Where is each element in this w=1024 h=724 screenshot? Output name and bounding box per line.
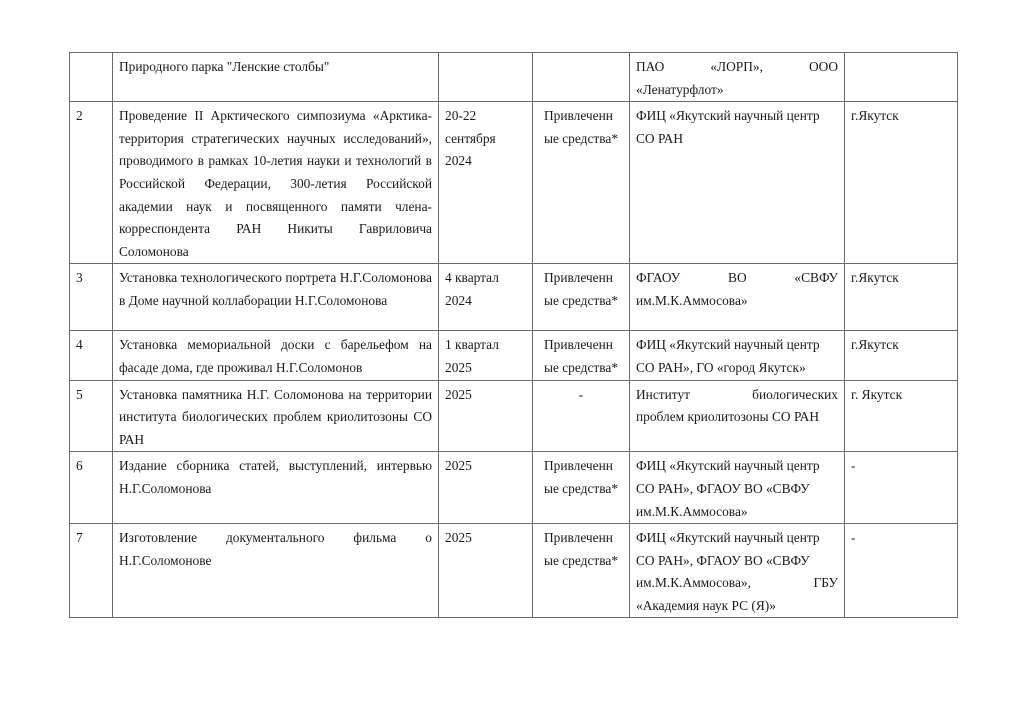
dates-line: 2025 (445, 357, 526, 380)
responsible-organizations: ФИЦ «Якутский научный центрСО РАН», ФГАО… (636, 455, 838, 523)
table-row: 3 Установка технологического портрета Н.… (70, 264, 958, 331)
event-dates: 2025 (445, 384, 526, 407)
funding-line: Привлеченн (544, 527, 618, 550)
place-cell: - (845, 452, 958, 524)
dates-line: 4 квартал (445, 267, 526, 290)
dates-line: 20-22 (445, 105, 526, 128)
row-number-cell (70, 53, 113, 102)
dates-cell: 2025 (439, 524, 533, 618)
table-row: 5 Установка памятника Н.Г. Соломонова на… (70, 380, 958, 452)
organizations-line: ФГАОУ ВО «СВФУ (636, 267, 838, 290)
organizations-cell: ФИЦ «Якутский научный центрСО РАН», ФГАО… (630, 524, 845, 618)
table-row: 4 Установка мемориальной доски с барелье… (70, 331, 958, 380)
funding-cell: Привлеченные средства* (533, 524, 630, 618)
organizations-cell: ФИЦ «Якутский научный центрСО РАН», ФГАО… (630, 452, 845, 524)
organizations-line: ФИЦ «Якутский научный центр (636, 334, 838, 357)
place-cell (845, 53, 958, 102)
description-cell: Природного парка "Ленские столбы" (113, 53, 439, 102)
description-cell: Установка технологического портрета Н.Г.… (113, 264, 439, 331)
dates-cell: 4 квартал2024 (439, 264, 533, 331)
event-description: Издание сборника статей, выступлений, ин… (119, 458, 432, 496)
place-cell: г. Якутск (845, 380, 958, 452)
organizations-line: СО РАН (636, 128, 838, 151)
row-number: 3 (76, 270, 83, 285)
funding-line: ые средства* (544, 290, 618, 313)
dates-cell: 1 квартал2025 (439, 331, 533, 380)
organizations-line: проблем криолитозоны СО РАН (636, 406, 838, 429)
organizations-cell: ФИЦ «Якутский научный центрСО РАН (630, 102, 845, 264)
organizations-cell: ФГАОУ ВО «СВФУим.М.К.Аммосова» (630, 264, 845, 331)
dates-line: 2025 (445, 455, 526, 478)
row-number-cell: 3 (70, 264, 113, 331)
organizations-line: ПАО «ЛОРП», ООО (636, 56, 838, 79)
organizations-line: ФИЦ «Якутский научный центр (636, 455, 838, 478)
funding-cell: Привлеченные средства* (533, 264, 630, 331)
dates-line: 1 квартал (445, 334, 526, 357)
organizations-line: СО РАН», ГО «город Якутск» (636, 357, 838, 380)
dates-line: 2024 (445, 290, 526, 313)
row-number-cell: 4 (70, 331, 113, 380)
event-place: г.Якутск (851, 270, 899, 285)
event-place: г.Якутск (851, 108, 899, 123)
event-description: Природного парка "Ленские столбы" (119, 59, 329, 74)
organizations-line: ФИЦ «Якутский научный центр (636, 105, 838, 128)
row-number: 7 (76, 530, 83, 545)
funding-line: ые средства* (544, 357, 618, 380)
description-cell: Установка мемориальной доски с барельефо… (113, 331, 439, 380)
funding-line: - (579, 384, 583, 407)
event-description: Проведение II Арктического симпозиума «А… (119, 108, 432, 259)
funding-line: Привлеченн (544, 334, 618, 357)
funding-cell: Привлеченные средства* (533, 452, 630, 524)
dates-line: сентября (445, 128, 526, 151)
event-dates: 2025 (445, 455, 526, 478)
dates-line: 2025 (445, 384, 526, 407)
events-table-body: Природного парка "Ленские столбы" ПАО «Л… (70, 53, 958, 618)
organizations-line: «Ленатурфлот» (636, 79, 838, 102)
responsible-organizations: ПАО «ЛОРП», ООО«Ленатурфлот» (636, 56, 838, 101)
funding-source: Привлеченные средства* (544, 105, 618, 150)
funding-source: Привлеченные средства* (544, 455, 618, 500)
organizations-line: им.М.К.Аммосова» (636, 290, 838, 313)
funding-source: - (579, 384, 583, 407)
event-dates: 20-22сентября2024 (445, 105, 526, 173)
funding-cell: Привлеченные средства* (533, 102, 630, 264)
funding-line: Привлеченн (544, 455, 618, 478)
organizations-line: СО РАН», ФГАОУ ВО «СВФУ (636, 478, 838, 501)
place-cell: г.Якутск (845, 102, 958, 264)
funding-source: Привлеченные средства* (544, 334, 618, 379)
event-description: Установка памятника Н.Г. Соломонова на т… (119, 387, 432, 447)
description-cell: Издание сборника статей, выступлений, ин… (113, 452, 439, 524)
place-cell: - (845, 524, 958, 618)
organizations-line: Институт биологических (636, 384, 838, 407)
organizations-cell: ПАО «ЛОРП», ООО«Ленатурфлот» (630, 53, 845, 102)
description-cell: Установка памятника Н.Г. Соломонова на т… (113, 380, 439, 452)
event-description: Установка мемориальной доски с барельефо… (119, 337, 432, 375)
event-dates: 4 квартал2024 (445, 267, 526, 312)
dates-cell: 2025 (439, 380, 533, 452)
row-number: 5 (76, 387, 83, 402)
row-number-cell: 2 (70, 102, 113, 264)
event-dates: 2025 (445, 527, 526, 550)
table-row: 6 Издание сборника статей, выступлений, … (70, 452, 958, 524)
funding-line: ые средства* (544, 128, 618, 151)
organizations-line: им.М.К.Аммосова», ГБУ (636, 572, 838, 595)
document-page: Природного парка "Ленские столбы" ПАО «Л… (0, 0, 1024, 724)
event-dates: 1 квартал2025 (445, 334, 526, 379)
row-number: 6 (76, 458, 83, 473)
funding-line: ые средства* (544, 550, 618, 573)
event-description: Изготовление документального фильма о Н.… (119, 530, 432, 568)
organizations-line: СО РАН», ФГАОУ ВО «СВФУ (636, 550, 838, 573)
description-cell: Изготовление документального фильма о Н.… (113, 524, 439, 618)
event-place: - (851, 458, 855, 473)
dates-line: 2024 (445, 150, 526, 173)
table-row: 2 Проведение II Арктического симпозиума … (70, 102, 958, 264)
place-cell: г.Якутск (845, 331, 958, 380)
description-cell: Проведение II Арктического симпозиума «А… (113, 102, 439, 264)
dates-cell: 2025 (439, 452, 533, 524)
responsible-organizations: ФГАОУ ВО «СВФУим.М.К.Аммосова» (636, 267, 838, 312)
organizations-line: ФИЦ «Якутский научный центр (636, 527, 838, 550)
event-description: Установка технологического портрета Н.Г.… (119, 270, 432, 308)
table-row: Природного парка "Ленские столбы" ПАО «Л… (70, 53, 958, 102)
dates-line: 2025 (445, 527, 526, 550)
organizations-cell: Институт биологическихпроблем криолитозо… (630, 380, 845, 452)
responsible-organizations: ФИЦ «Якутский научный центрСО РАН (636, 105, 838, 150)
organizations-line: «Академия наук РС (Я)» (636, 595, 838, 618)
row-number: 2 (76, 108, 83, 123)
table-row: 7 Изготовление документального фильма о … (70, 524, 958, 618)
responsible-organizations: ФИЦ «Якутский научный центрСО РАН», ФГАО… (636, 527, 838, 617)
event-place: г.Якутск (851, 337, 899, 352)
dates-cell: 20-22сентября2024 (439, 102, 533, 264)
funding-source: Привлеченные средства* (544, 527, 618, 572)
event-place: - (851, 530, 855, 545)
row-number-cell: 6 (70, 452, 113, 524)
funding-line: Привлеченн (544, 267, 618, 290)
funding-cell (533, 53, 630, 102)
place-cell: г.Якутск (845, 264, 958, 331)
events-table: Природного парка "Ленские столбы" ПАО «Л… (69, 52, 958, 618)
responsible-organizations: Институт биологическихпроблем криолитозо… (636, 384, 838, 429)
event-place: г. Якутск (851, 387, 902, 402)
dates-cell (439, 53, 533, 102)
funding-source: Привлеченные средства* (544, 267, 618, 312)
row-number-cell: 5 (70, 380, 113, 452)
responsible-organizations: ФИЦ «Якутский научный центрСО РАН», ГО «… (636, 334, 838, 379)
row-number: 4 (76, 337, 83, 352)
funding-line: Привлеченн (544, 105, 618, 128)
organizations-cell: ФИЦ «Якутский научный центрСО РАН», ГО «… (630, 331, 845, 380)
funding-line: ые средства* (544, 478, 618, 501)
funding-cell: Привлеченные средства* (533, 331, 630, 380)
row-number-cell: 7 (70, 524, 113, 618)
organizations-line: им.М.К.Аммосова» (636, 501, 838, 524)
funding-cell: - (533, 380, 630, 452)
